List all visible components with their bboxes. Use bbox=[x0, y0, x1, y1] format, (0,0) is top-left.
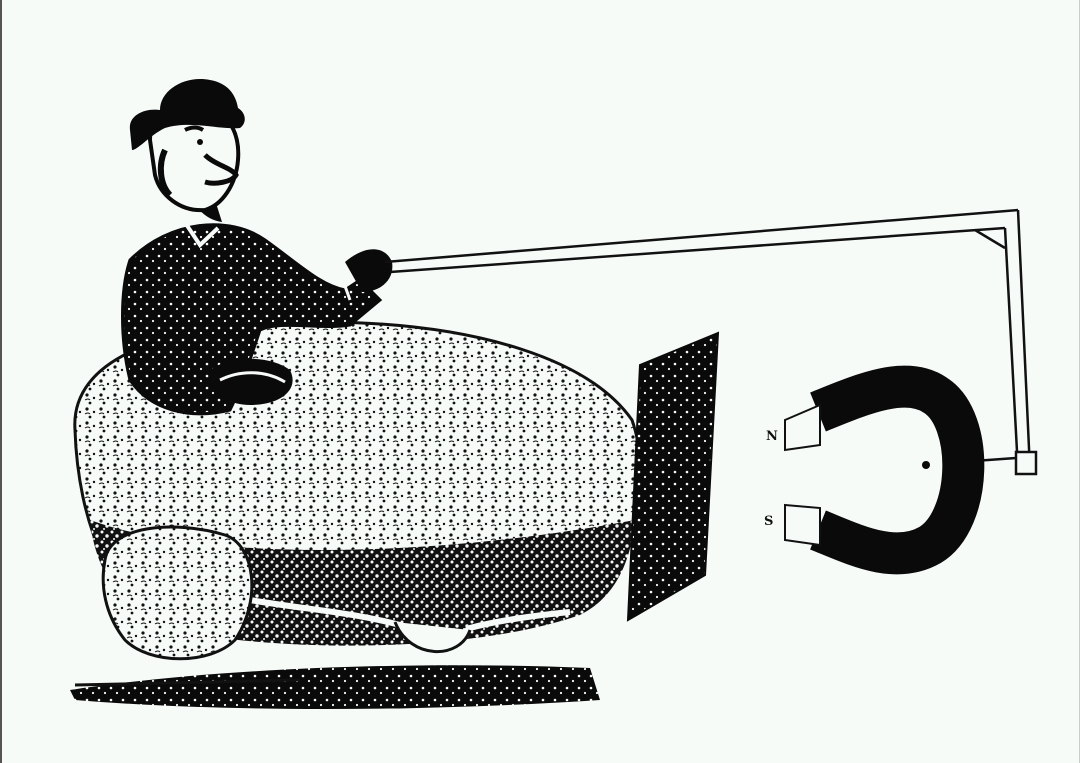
horseshoe-magnet: N S bbox=[764, 387, 963, 554]
iron-plate bbox=[628, 333, 718, 620]
wheel bbox=[103, 527, 252, 659]
engraving-illustration: N S bbox=[0, 0, 1080, 763]
north-pole-label: N bbox=[766, 429, 778, 444]
south-pole-label: S bbox=[764, 514, 773, 529]
ground bbox=[70, 665, 600, 709]
